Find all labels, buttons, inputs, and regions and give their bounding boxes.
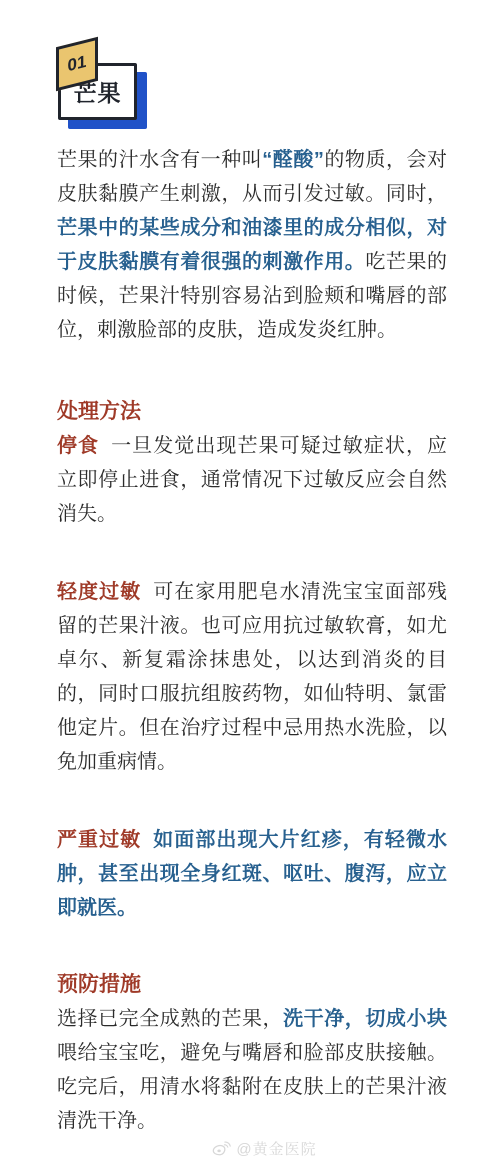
article-body: 芒果的汁水含有一种叫“醛酸”的物质，会对皮肤黏膜产生刺激，从而引发过敏。同时，芒…: [0, 0, 500, 1138]
prevention-text-2: 喂给宝宝吃，避免与嘴唇和脸部皮肤接触。吃完后，用清水将黏附在皮肤上的芒果汁液清洗…: [57, 1042, 447, 1132]
weibo-icon: [211, 1141, 231, 1157]
watermark-handle: @黄金医院: [236, 1138, 316, 1159]
prevention-highlight-wash-cut: 洗干净，切成小块: [283, 1008, 447, 1030]
prevention-paragraph: 选择已完全成熟的芒果，洗干净，切成小块喂给宝宝吃，避免与嘴唇和脸部皮肤接触。吃完…: [57, 1002, 447, 1138]
infographic-page: 芒果 01 芒果的汁水含有一种叫“醛酸”的物质，会对皮肤黏膜产生刺激，从而引发过…: [0, 0, 500, 1165]
intro-highlight-aldehyde: “醛酸”: [262, 149, 324, 171]
intro-text-1: 芒果的汁水含有一种叫: [57, 149, 262, 171]
badge-number: 01: [68, 52, 87, 77]
treatment-label-stop-eating: 停食: [57, 435, 99, 457]
watermark: @黄金医院: [14, 1138, 500, 1159]
treatment-heading: 处理方法: [57, 395, 447, 429]
treatment-item-stop-eating: 停食一旦发觉出现芒果可疑过敏症状，应立即停止进食，通常情况下过敏反应会自然消失。: [57, 429, 447, 531]
intro-paragraph: 芒果的汁水含有一种叫“醛酸”的物质，会对皮肤黏膜产生刺激，从而引发过敏。同时，芒…: [57, 143, 447, 347]
treatment-label-mild-allergy: 轻度过敏: [57, 581, 141, 603]
treatment-label-severe-allergy: 严重过敏: [57, 829, 141, 851]
treatment-item-severe-allergy: 严重过敏如面部出现大片红疹，有轻微水肿，甚至出现全身红斑、呕吐、腹泻，应立即就医…: [57, 823, 447, 925]
treatment-text-mild-allergy: 可在家用肥皂水清洗宝宝面部残留的芒果汁液。也可应用抗过敏软膏，如尤卓尔、新复霜涂…: [57, 581, 447, 773]
prevention-heading: 预防措施: [57, 968, 447, 1002]
prevention-text-1: 选择已完全成熟的芒果，: [57, 1008, 283, 1030]
treatment-item-mild-allergy: 轻度过敏可在家用肥皂水清洗宝宝面部残留的芒果汁液。也可应用抗过敏软膏，如尤卓尔、…: [57, 575, 447, 779]
treatment-text-stop-eating: 一旦发觉出现芒果可疑过敏症状，应立即停止进食，通常情况下过敏反应会自然消失。: [57, 435, 447, 525]
